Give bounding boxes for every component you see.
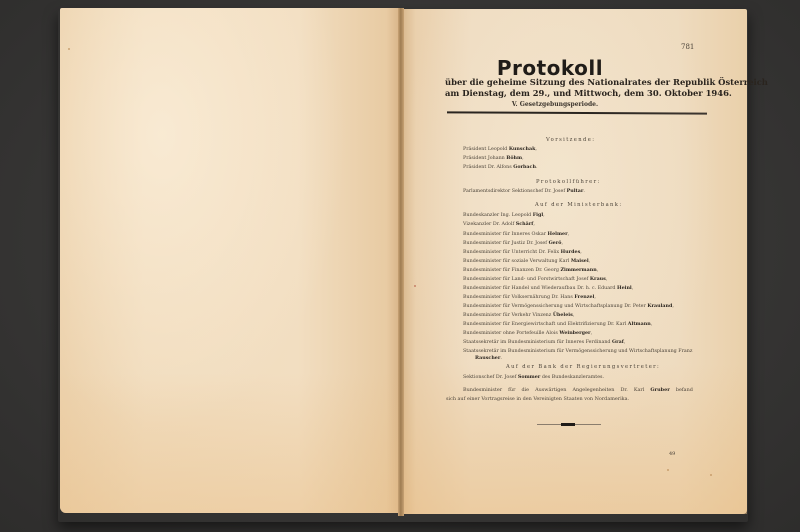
recorder-entry: Parlamentsdirektor Sektionschef Dr. Jose… bbox=[463, 188, 585, 194]
minister-entry: Bundesminister für soziale Verwaltung Ka… bbox=[463, 258, 590, 264]
minister-entry: Bundesminister für Unterricht Dr. Felix … bbox=[463, 249, 582, 255]
minister-entry: Bundesminister für Inneres Oskar Helmer, bbox=[463, 231, 569, 237]
document-subtitle-line1: über die geheime Sitzung des Nationalrat… bbox=[445, 77, 707, 87]
closing-note-line1: Bundesminister für die Auswärtigen Angel… bbox=[463, 387, 693, 393]
minister-entry: Vizekanzler Dr. Adolf Schärf, bbox=[463, 221, 535, 227]
chair-entry: Präsident Johann Böhm, bbox=[463, 155, 524, 161]
minister-entry: Bundesminister für Handel und Wiederaufb… bbox=[463, 285, 633, 291]
minister-entry: Bundesminister für Vermögenssicherung un… bbox=[463, 303, 674, 309]
document-subtitle-line2: am Dienstag, dem 29., und Mittwoch, dem … bbox=[445, 88, 707, 98]
minister-entry: Bundesminister ohne Portefeuille Alois W… bbox=[463, 330, 592, 336]
minister-entry: Bundesminister für Volksernährung Dr. Ha… bbox=[463, 294, 596, 300]
minister-entry: Bundeskanzler Ing. Leopold Figl, bbox=[463, 212, 545, 218]
chair-entry: Präsident Dr. Alfons Gorbach. bbox=[463, 164, 537, 170]
minister-entry: Bundesminister für Energiewirtschaft und… bbox=[463, 321, 652, 327]
section-heading-government-reps: Auf der Bank der Regierungsvertreter: bbox=[506, 364, 660, 370]
page-number-bottom: 49 bbox=[669, 451, 675, 457]
legislative-period: V. Gesetzgebungsperiode. bbox=[400, 101, 710, 108]
end-rule-mark bbox=[561, 423, 575, 426]
header-rule bbox=[447, 111, 707, 114]
minister-entry: Bundesminister für Finanzen Dr. Georg Zi… bbox=[463, 267, 598, 273]
page-number-top: 781 bbox=[681, 43, 694, 51]
section-heading-recorder: Protokollführer: bbox=[536, 179, 601, 185]
section-heading-chair: Vorsitzende: bbox=[546, 137, 595, 143]
document-content: 781 Protokoll über die geheime Sitzung d… bbox=[0, 0, 800, 532]
chair-entry: Präsident Leopold Kunschak, bbox=[463, 146, 537, 152]
minister-entry: Staatssekretär im Bundesministerium für … bbox=[463, 339, 625, 345]
section-heading-ministers: Auf der Ministerbank: bbox=[535, 202, 623, 208]
minister-entry: Bundesminister für Justiz Dr. Josef Gerö… bbox=[463, 240, 563, 246]
government-rep-entry: Sektionschef Dr. Josef Sommer des Bundes… bbox=[463, 374, 604, 380]
closing-note-line2: sich auf einer Vortragsreise in den Vere… bbox=[446, 396, 629, 402]
minister-entry: Bundesminister für Verkehr Vinzenz Übele… bbox=[463, 312, 574, 318]
minister-entry: Bundesminister für Land- und Forstwirtsc… bbox=[463, 276, 607, 282]
minister-entry: Staatssekretär im Bundesministerium für … bbox=[463, 348, 692, 354]
minister-entry-continuation: Rauscher. bbox=[475, 355, 502, 361]
